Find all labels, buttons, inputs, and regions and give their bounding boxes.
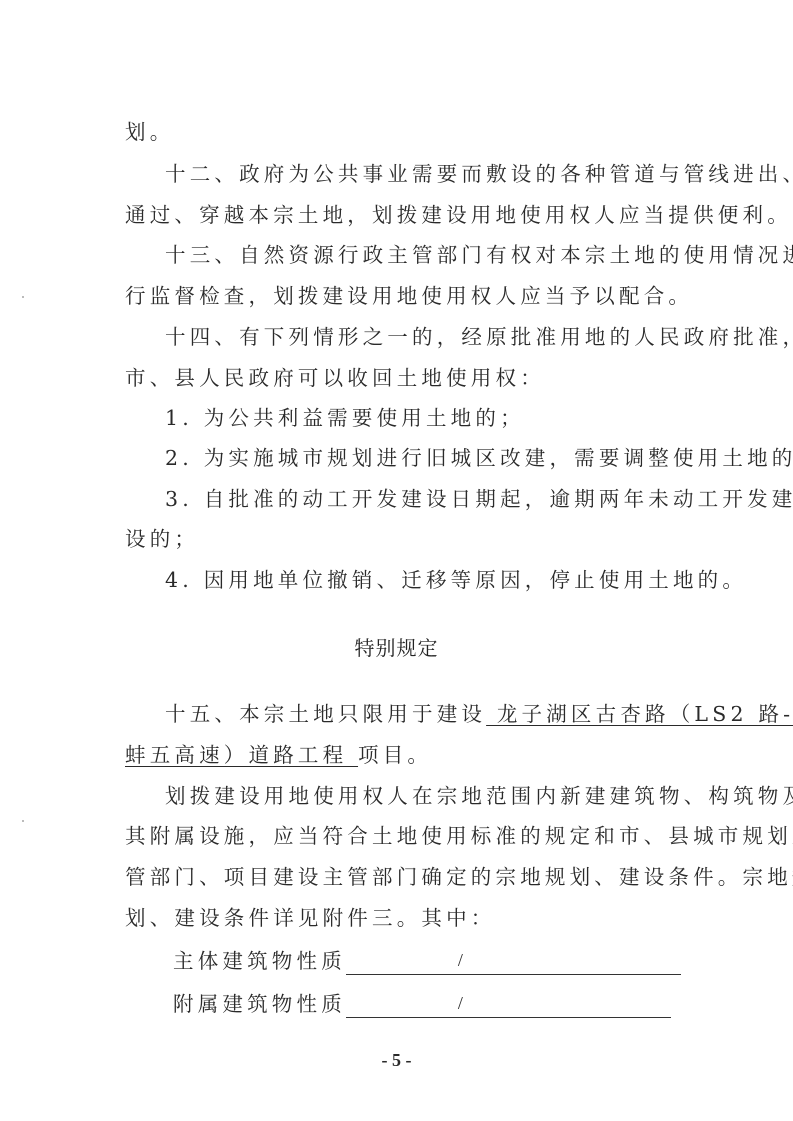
clause-12-line-2: 通过、穿越本宗土地，划拨建设用地使用权人应当提供便利。 — [125, 201, 792, 229]
list-item-3: 3. 自批准的动工开发建设日期起，逾期两年未动工开发建 — [165, 485, 793, 513]
list-text: 因用地单位撤销、迁移等原因，停止使用土地的。 — [204, 568, 747, 592]
clause-15-prefix: 十五、本宗土地只限用于建设 — [165, 702, 486, 726]
clause-16-line-1: 划拨建设用地使用权人在宗地范围内新建建筑物、构筑物及 — [165, 782, 793, 810]
list-item-3-continuation: 设的； — [125, 525, 199, 553]
clause-13-line-1: 十三、自然资源行政主管部门有权对本宗土地的使用情况进 — [165, 241, 793, 269]
list-text: 为公共利益需要使用土地的； — [204, 406, 525, 430]
section-heading: 特别规定 — [0, 634, 793, 662]
scan-speck — [22, 820, 24, 822]
list-number: 4. — [165, 568, 193, 592]
clause-14-line-1: 十四、有下列情形之一的，经原批准用地的人民政府批准， — [165, 323, 793, 351]
project-name-part-2: 蚌五高速）道路工程 — [125, 743, 358, 767]
scan-speck — [22, 296, 24, 298]
field-value: / — [458, 946, 463, 974]
list-text: 自批准的动工开发建设日期起，逾期两年未动工开发建 — [204, 487, 793, 511]
field-auxiliary-building-nature: 附属建筑物性质/ — [173, 990, 671, 1018]
project-name-part-1: 龙子湖区古杏路（LS2 路- — [486, 702, 793, 726]
field-label: 附属建筑物性质 — [173, 992, 346, 1016]
list-number: 3. — [165, 487, 193, 511]
paragraph-continuation: 划。 — [125, 118, 174, 146]
list-number: 1. — [165, 406, 193, 430]
field-value-line: / — [346, 952, 681, 975]
list-item-2: 2. 为实施城市规划进行旧城区改建，需要调整使用土地的； — [165, 444, 793, 472]
field-label: 主体建筑物性质 — [173, 949, 346, 973]
list-text: 为实施城市规划进行旧城区改建，需要调整使用土地的； — [204, 446, 793, 470]
clause-16-line-4: 划、建设条件详见附件三。其中： — [125, 904, 496, 932]
page-number: - 5 - — [0, 1050, 793, 1071]
clause-16-line-3: 管部门、项目建设主管部门确定的宗地规划、建设条件。宗地规 — [125, 863, 793, 891]
clause-15-suffix: 项目。 — [358, 743, 432, 767]
clause-14-line-2: 市、县人民政府可以收回土地使用权： — [125, 364, 545, 392]
field-main-building-nature: 主体建筑物性质/ — [173, 947, 681, 975]
list-number: 2. — [165, 446, 193, 470]
clause-15-line-2: 蚌五高速）道路工程 项目。 — [125, 741, 432, 769]
field-value-line: / — [346, 995, 671, 1018]
field-value: / — [458, 989, 463, 1017]
clause-15-line-1: 十五、本宗土地只限用于建设 龙子湖区古杏路（LS2 路- — [165, 700, 793, 728]
clause-12-line-1: 十二、政府为公共事业需要而敷设的各种管道与管线进出、 — [165, 160, 793, 188]
clause-13-line-2: 行监督检查，划拨建设用地使用权人应当予以配合。 — [125, 282, 693, 310]
clause-16-line-2: 其附属设施，应当符合土地使用标准的规定和市、县城市规划主 — [125, 822, 793, 850]
list-item-1: 1. 为公共利益需要使用土地的； — [165, 404, 525, 432]
list-item-4: 4. 因用地单位撤销、迁移等原因，停止使用土地的。 — [165, 566, 747, 594]
